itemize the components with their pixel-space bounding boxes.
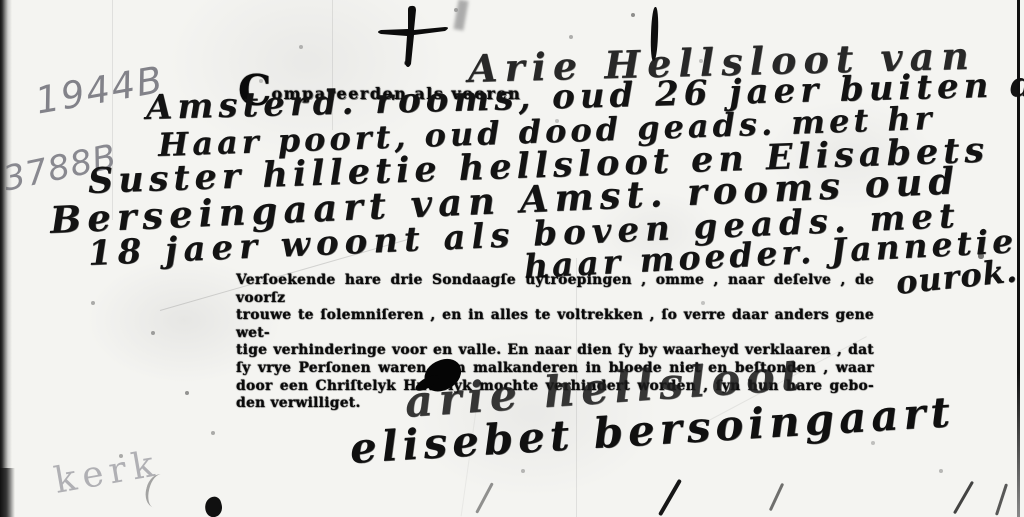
cutoff-stroke bbox=[953, 481, 974, 515]
scanned-document-page: 1944B 3788B kerk Compareerden als vooren… bbox=[0, 0, 1024, 517]
grey-smudge bbox=[453, 0, 468, 31]
cutoff-stroke bbox=[658, 479, 682, 517]
printed-line: trouwe te ſolemniſeren , en in alles te … bbox=[236, 307, 874, 342]
printed-line: Verſoekende hare drie Sondaagſe uytroepi… bbox=[236, 272, 874, 307]
cutoff-ink-blob bbox=[203, 495, 225, 517]
cutoff-stroke bbox=[475, 482, 494, 513]
page-left-edge bbox=[0, 0, 12, 517]
cutoff-stroke bbox=[769, 483, 784, 511]
cross-mark-icon bbox=[375, 4, 453, 70]
page-right-edge-rule bbox=[1017, 0, 1020, 517]
page-left-edge-shadow bbox=[0, 468, 15, 517]
cutoff-stroke bbox=[995, 483, 1008, 515]
